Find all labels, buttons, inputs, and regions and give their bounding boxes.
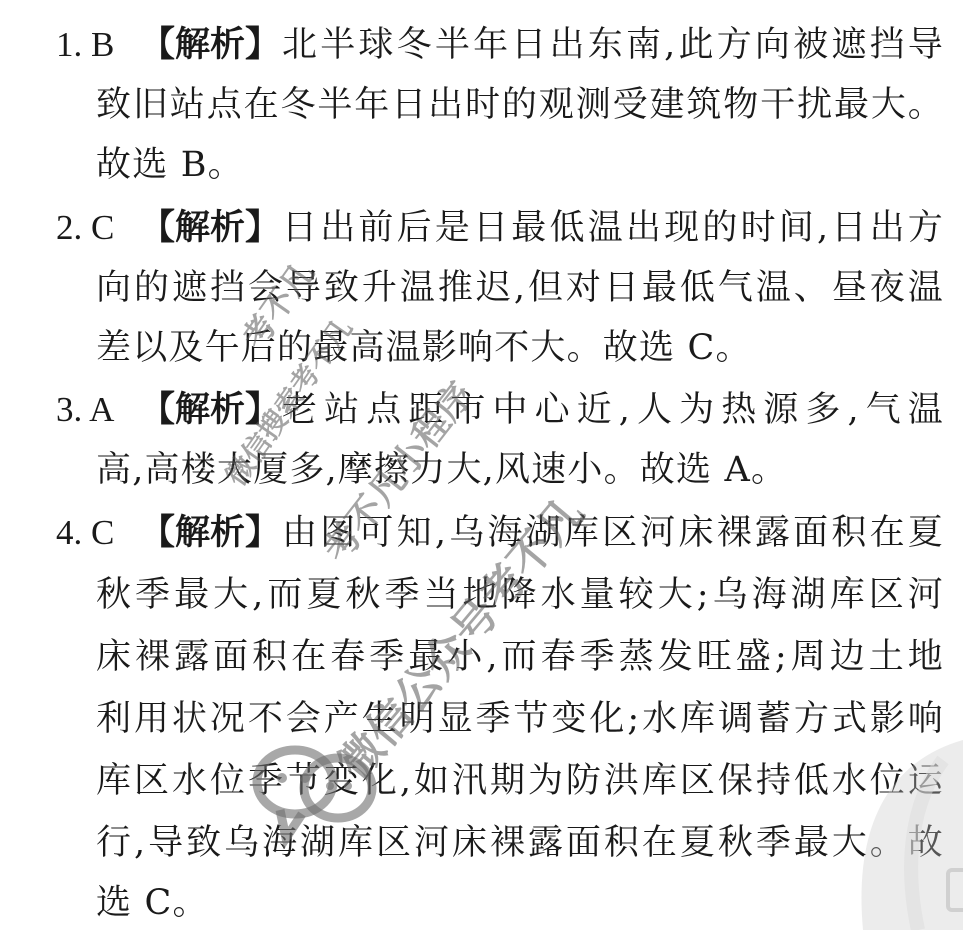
item-4-text: 由图可知,乌海湖库区河床裸露面积在夏	[282, 503, 944, 563]
item-4-analysis-tag: 【解析】	[140, 503, 280, 563]
item-4-text-cont-4: 库区水位季节变化,如汛期为防洪库区保持低水位运	[96, 751, 944, 811]
item-2-text-cont: 向的遮挡会导致升温推迟,但对日最低气温、昼夜温	[96, 258, 944, 318]
item-2-conclusion: 差以及午后的最高温影响不大。故选 C。	[96, 318, 944, 378]
item-3-answer: 3. A	[56, 380, 114, 440]
item-2-analysis-tag: 【解析】	[140, 198, 280, 258]
item-1-analysis-tag: 【解析】	[140, 15, 280, 75]
item-3-analysis-tag: 【解析】	[140, 380, 280, 440]
item-4-text-cont-1: 秋季最大,而夏秋季当地降水量较大;乌海湖库区河	[96, 565, 944, 625]
item-4-text-cont-5: 行,导致乌海湖库区河床裸露面积在夏秋季最大。故	[96, 813, 944, 873]
item-1-answer: 1. B	[56, 15, 114, 75]
item-2-text: 日出前后是日最低温出现的时间,日出方	[282, 198, 944, 258]
item-1-text-cont: 致旧站点在冬半年日出时的观测受建筑物干扰最大。	[96, 75, 944, 135]
item-1-conclusion: 故选 B。	[96, 135, 944, 195]
item-2-answer: 2. C	[56, 198, 114, 258]
item-4-answer: 4. C	[56, 503, 114, 563]
item-4-conclusion: 选 C。	[96, 873, 944, 930]
item-3-conclusion: 高,高楼大厦多,摩擦力大,风速小。故选 A。	[96, 440, 944, 500]
item-1-text: 北半球冬半年日出东南,此方向被遮挡导	[282, 15, 944, 75]
item-4-text-cont-2: 床裸露面积在春季最小,而春季蒸发旺盛;周边土地	[96, 627, 944, 687]
answer-explanation-document: 1. B 【解析】 北半球冬半年日出东南,此方向被遮挡导 致旧站点在冬半年日出时…	[0, 0, 963, 930]
item-3-text: 老站点距市中心近,人为热源多,气温	[282, 380, 944, 440]
item-4-text-cont-3: 利用状况不会产生明显季节变化;水库调蓄方式影响	[96, 689, 944, 749]
